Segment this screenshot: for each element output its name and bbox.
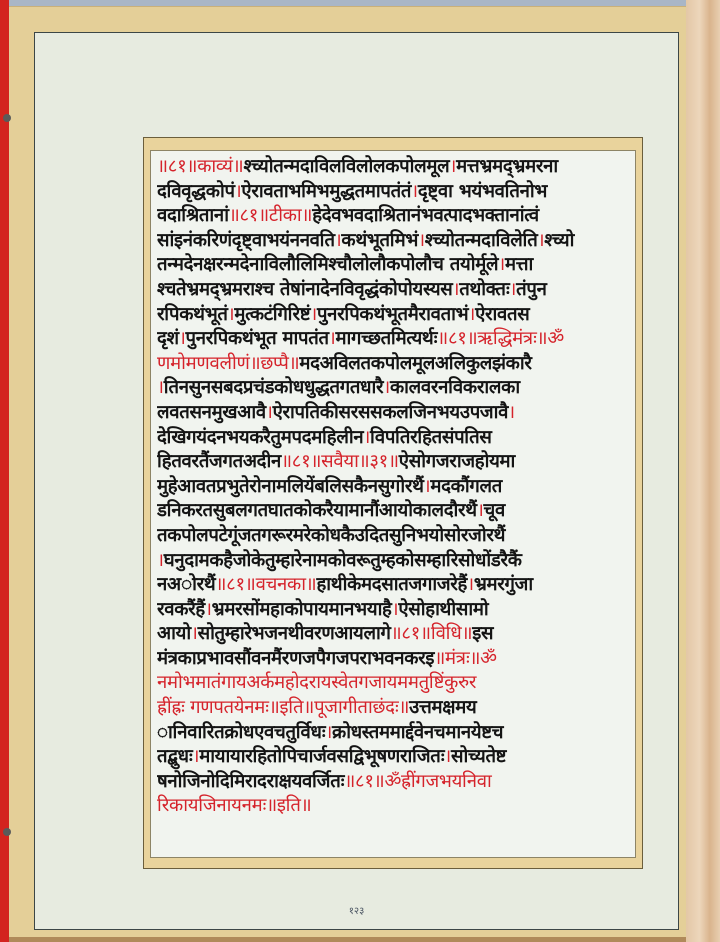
rubric-text: ॥८१॥ॐह्रींगजभयनिवा — [344, 771, 491, 792]
rubric-text: ॥८१॥ऋद्धिमंत्रः॥ॐ — [437, 328, 564, 349]
body-text: कालवरनविकरालका — [390, 377, 520, 398]
manuscript-line: मंत्रकाप्रभावसौंवनमैंरणजपैगजपराभवनकरइ॥मं… — [157, 647, 629, 672]
body-text: कथंभूतमिभं — [341, 230, 418, 251]
manuscript-line: तद्बुधः।मायायारहितोपिचार्जवसद्विभूषणराजि… — [157, 745, 629, 770]
body-text: चूव — [484, 500, 505, 521]
page-mount-border: ॥८१॥काव्यं॥श्च्योतन्मदाविलविलोलकपोलमूल।म… — [9, 6, 688, 937]
body-text: रवकरैंहैं — [157, 599, 205, 620]
body-text: श्चतेभ्रमद्भ्रमराश्च तेषांनादेनविवृद्धंक… — [157, 279, 453, 300]
body-text: देखिगयंदनभयकरैतुमपदमहिलीन — [157, 427, 363, 448]
body-text: ऐरावताभमिभमुद्धतमापतंतं — [241, 181, 411, 202]
rubric-text: णमोमणवलीणं॥छप्पै॥ — [157, 353, 299, 374]
rubric-text: । — [498, 254, 505, 275]
body-text: सांइनंकरिणंदृष्ट्वाभयंननवति — [157, 230, 335, 251]
body-text: ऐसोहाथीसामो — [398, 599, 488, 620]
manuscript-line: मुहेआवतप्रभुतेरोनामलियेंबलिसकैनसुगोरथैं।… — [157, 475, 629, 500]
binding-stitch-icon — [3, 114, 11, 122]
body-text: दृष्ट्वा भयंभवतिनोभ — [418, 181, 547, 202]
manuscript-line: णमोमणवलीणं॥छप्पै॥मदअविलतकपोलमूलअलिकुलझंक… — [157, 352, 629, 377]
rubric-text: ॥८१॥काव्यं॥ — [157, 156, 243, 177]
body-text: श्च्योतन्मदाविलविलोलकपोलमूल — [243, 156, 449, 177]
body-text: मत्तभ्रमद्भ्रमरना — [456, 156, 558, 177]
body-text: तद्बुधः — [157, 746, 193, 767]
rubric-text: । — [467, 574, 474, 595]
rubric-text: ॥८१॥विधि॥ — [391, 623, 473, 644]
manuscript-line: रपिकथंभूतं।मुत्कटंगिरिष्टं।पुनरपिकथंभूतम… — [157, 303, 629, 328]
rubric-text: । — [411, 181, 418, 202]
body-text: मुहेआवतप्रभुतेरोनामलियेंबलिसकैनसुगोरथैं — [157, 476, 424, 497]
text-block-frame: ॥८१॥काव्यं॥श्च्योतन्मदाविलविलोलकपोलमूल।म… — [143, 137, 643, 869]
manuscript-line: दविवृद्धकोपं।ऐरावताभमिभमुद्धतमापतंतं।दृष… — [157, 180, 629, 205]
rubric-text: नमोभमातंगायअर्कमहोदरायस्वेतगजायममतुष्टिं… — [157, 672, 476, 693]
body-text: हितवरतैंजगतअदीन — [157, 451, 281, 472]
rubric-text: । — [191, 623, 198, 644]
body-text: पुनरपिकथंभूत मापतंत — [186, 328, 329, 349]
rubric-text: । — [508, 402, 515, 423]
facing-page-edge — [686, 0, 720, 942]
body-text: डनिकरतसुबलगतघातकोकरैयामानौंआयोकालदौरथैं — [157, 500, 477, 521]
manuscript-line: दृशं।पुनरपिकथंभूत मापतंत।मागच्छतमित्यर्थ… — [157, 327, 629, 352]
manuscript-line: सांइनंकरिणंदृष्ट्वाभयंननवति।कथंभूतमिभं।श… — [157, 229, 629, 254]
body-text: सोच्यतेष्ट — [451, 746, 506, 767]
rubric-text: । — [157, 377, 164, 398]
manuscript-line: ानिवारितक्रोधएवचतुर्विधः।क्रोधस्तममार्द्… — [157, 721, 629, 746]
body-text: आयो — [157, 623, 191, 644]
body-text: मागच्छतमित्यर्थः — [335, 328, 437, 349]
rubric-text: ह्रींह्रः गणपतयेनमः॥इति॥पूजागीताछंदः॥ — [157, 697, 409, 718]
manuscript-line: वदाश्रितानां॥८१॥टीका॥हेदेवभवदाश्रितानंभव… — [157, 204, 629, 229]
body-text: ानिवारितक्रोधएवचतुर्विधः — [157, 722, 325, 743]
manuscript-line: तन्मदेनक्षरन्मदेनाविलौलिमिश्चौलोलौकपोलौच… — [157, 253, 629, 278]
body-text: श्च्योतन्मदाविलेति — [425, 230, 538, 251]
body-text: ऐरावतस — [475, 304, 529, 325]
rubric-text: । — [418, 230, 425, 251]
manuscript-line: ।तिनसुनसबदप्रचंडकोधधुद्धतगतधारै।कालवरनवि… — [157, 376, 629, 401]
text-block: ॥८१॥काव्यं॥श्च्योतन्मदाविलविलोलकपोलमूल।म… — [150, 150, 636, 858]
body-text: मदअविलतकपोलमूलअलिकुलझंकारै — [299, 353, 531, 374]
manuscript-line: ।घनुदामकहैजोकेतुम्हारेनामकोवरूतुम्हकोसम्… — [157, 549, 629, 574]
body-text: ऐसोगजराजहोयमा — [399, 451, 515, 472]
body-text: भ्रमरसोंमहाकोपायमानभयाहै — [212, 599, 392, 620]
binding-stitch-icon — [3, 828, 11, 836]
body-text: लवतसनमुखआवै — [157, 402, 266, 423]
body-text: तिनसुनसबदप्रचंडकोधधुद्धतगतधारै — [164, 377, 384, 398]
body-text: दृशं — [157, 328, 179, 349]
manuscript-line: ॥८१॥काव्यं॥श्च्योतन्मदाविलविलोलकपोलमूल।म… — [157, 155, 629, 180]
manuscript-line: ह्रींह्रः गणपतयेनमः॥इति॥पूजागीताछंदः॥उत्… — [157, 696, 629, 721]
manuscript-page: ॥८१॥काव्यं॥श्च्योतन्मदाविलविलोलकपोलमूल।म… — [34, 32, 679, 930]
rubric-text: ॥८१॥वचनका॥ — [215, 574, 316, 595]
body-text: इस — [472, 623, 493, 644]
rubric-text: ॥८१॥सवैया॥३१॥ — [281, 451, 399, 472]
body-text: श्च्यो — [544, 230, 574, 251]
manuscript-line: हितवरतैंजगतअदीन॥८१॥सवैया॥३१॥ऐसोगजराजहोयम… — [157, 450, 629, 475]
rubric-text: । — [266, 402, 273, 423]
manuscript-line: रिकायजिनायनमः॥इति॥ — [157, 794, 629, 819]
rubric-text: । — [310, 304, 317, 325]
body-text: तथोक्तः — [459, 279, 509, 300]
manuscript-line: देखिगयंदनभयकरैतुमपदमहिलीन।विपतिरहितसंपति… — [157, 426, 629, 451]
rubric-text: रिकायजिनायनमः॥इति॥ — [157, 795, 311, 816]
manuscript-line: आयो।सोतुम्हारेभजनथीवरणआयलागे॥८१॥विधि॥इस — [157, 622, 629, 647]
page-number: १२३ — [35, 903, 678, 917]
body-text: सोतुम्हारेभजनथीवरणआयलागे — [198, 623, 391, 644]
body-text: तंपुन — [516, 279, 546, 300]
manuscript-line: तकपोलपटेगूंजतगरूरमरेकोधकैउदितसुनिभयोसोरज… — [157, 524, 629, 549]
rubric-text: । — [157, 550, 164, 571]
rubric-text: । — [383, 377, 390, 398]
manuscript-line: लवतसनमुखआवै।ऐरापतिकीसरससकलजिनभयउपजावै। — [157, 401, 629, 426]
rubric-text: । — [179, 328, 186, 349]
body-text: मुत्कटंगिरिष्टं — [234, 304, 310, 325]
manuscript-line: षनोजिनोदिमिरादराक्षयवर्जितः॥८१॥ॐह्रींगजभ… — [157, 770, 629, 795]
body-text: नअोरथैं — [157, 574, 215, 595]
body-text: दविवृद्धकोपं — [157, 181, 235, 202]
body-text: वदाश्रितानां — [157, 205, 229, 226]
manuscript-line: रवकरैंहैं।भ्रमरसोंमहाकोपायमानभयाहै।ऐसोहा… — [157, 598, 629, 623]
body-text: तन्मदेनक्षरन्मदेनाविलौलिमिश्चौलोलौकपोलौच… — [157, 254, 498, 275]
body-text: मत्ता — [505, 254, 533, 275]
body-text: उत्तमक्षमय — [409, 697, 476, 718]
body-text: मदकौंगलत — [430, 476, 502, 497]
body-text: हाथीकेमदसातजगाजरेहैं — [316, 574, 467, 595]
manuscript-line: नअोरथैं॥८१॥वचनका॥हाथीकेमदसातजगाजरेहैं।भ्… — [157, 573, 629, 598]
manuscript-line: श्चतेभ्रमद्भ्रमराश्च तेषांनादेनविवृद्धंक… — [157, 278, 629, 303]
body-text: षनोजिनोदिमिरादराक्षयवर्जितः — [157, 771, 344, 792]
body-text: विपतिरहितसंपतिस — [370, 427, 492, 448]
body-text: मायायारहितोपिचार्जवसद्विभूषणराजितः — [199, 746, 444, 767]
rubric-text: ॥मंत्रः॥ॐ — [434, 648, 497, 669]
rubric-text: ॥८१॥टीका॥ — [229, 205, 313, 226]
body-text: ऐरापतिकीसरससकलजिनभयउपजावै — [273, 402, 509, 423]
red-binding-spine — [0, 0, 9, 942]
body-text: घनुदामकहैजोकेतुम्हारेनामकोवरूतुम्हकोसम्ह… — [164, 550, 522, 571]
manuscript-line: नमोभमातंगायअर्कमहोदरायस्वेतगजायममतुष्टिं… — [157, 671, 629, 696]
body-text: हेदेवभवदाश्रितानंभवत्पादभक्तानांत्वं — [312, 205, 539, 226]
rubric-text: । — [205, 599, 212, 620]
body-text: क्रोधस्तममार्द्दवेनचमानयेष्टच — [332, 722, 503, 743]
manuscript-line: डनिकरतसुबलगतघातकोकरैयामानौंआयोकालदौरथैं।… — [157, 499, 629, 524]
body-text: तकपोलपटेगूंजतगरूरमरेकोधकैउदितसुनिभयोसोरज… — [157, 525, 505, 546]
body-text: पुनरपिकथंभूतमैरावताभं — [317, 304, 468, 325]
body-text: रपिकथंभूतं — [157, 304, 228, 325]
body-text: मंत्रकाप्रभावसौंवनमैंरणजपैगजपराभवनकरइ — [157, 648, 434, 669]
body-text: भ्रमरगुंजा — [474, 574, 533, 595]
rubric-text: । — [477, 500, 484, 521]
rubric-text: । — [444, 746, 451, 767]
